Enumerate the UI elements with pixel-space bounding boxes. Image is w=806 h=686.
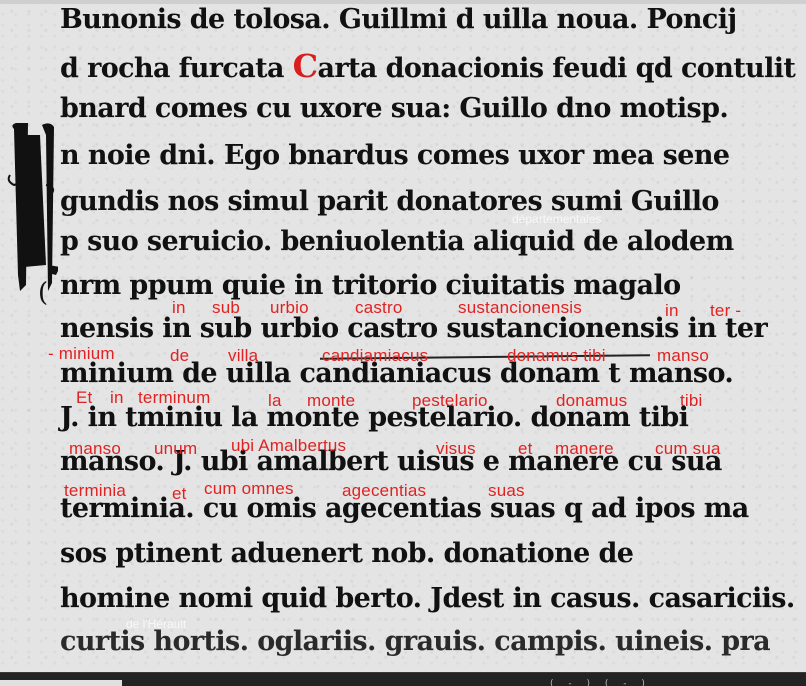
document-viewer: ( Bunonis de tolosa. Guillmi d uilla nou… [0, 0, 806, 686]
watermark-text: de l'Hérault [126, 617, 186, 631]
annotation-word: in [172, 299, 186, 316]
annotation-word: visus [436, 440, 476, 457]
annotation-word: castro [355, 299, 403, 316]
annotation-word: donamus tibi [507, 347, 606, 364]
decorated-initial-icon [6, 115, 58, 293]
annotation-word: - minium [48, 345, 115, 362]
watermark-text: départementales [512, 212, 601, 226]
annotation-word: unum [154, 440, 197, 457]
annotation-word: monte [307, 392, 355, 409]
annotation-word: suas [488, 482, 525, 499]
annotation-word: agecentias [342, 482, 426, 499]
manuscript-line-1: Bunonis de tolosa. Guillmi d uilla noua.… [60, 6, 737, 33]
annotation-word: sustancionensis [458, 299, 582, 316]
annotation-word: manere [555, 440, 614, 457]
manuscript-line-13: sos ptinent aduenert nob. donatione de [60, 540, 633, 567]
manuscript-line-5: gundis nos simul parit donatores sumi Gu… [60, 188, 719, 215]
annotation-word: Et [76, 389, 92, 406]
manuscript-line-6: p suo seruicio. beniuolentia aliquid de … [60, 228, 734, 255]
annotation-word: cum sua [655, 440, 721, 457]
manuscript-line-14: homine nomi quid berto. Jdest in casus. … [60, 585, 795, 612]
annotation-word: tibi [680, 392, 703, 409]
manuscript-line-2-pre: d rocha furcata [60, 53, 293, 84]
annotation-word: terminia [64, 482, 126, 499]
annotation-word: ter - [710, 302, 741, 319]
zoom-controls[interactable]: ( - ) ( - ) [550, 679, 651, 686]
manuscript-line-8: nensis in sub urbio castro sustancionens… [60, 315, 767, 342]
annotation-word: et [172, 485, 187, 502]
manuscript-line-2-post: arta donacionis feudi qd contulit [318, 53, 796, 84]
margin-bracket: ( [38, 278, 48, 308]
annotation-word: pestelario [412, 392, 488, 409]
manuscript-page: ( Bunonis de tolosa. Guillmi d uilla nou… [0, 0, 806, 672]
annotation-word: terminum [138, 389, 210, 406]
annotation-word: et [518, 440, 533, 457]
manuscript-line-3: bnard comes cu uxore sua: Guillo dno mot… [60, 95, 728, 122]
annotation-word: donamus [556, 392, 627, 409]
manuscript-line-4: n noie dni. Ego bnardus comes uxor mea s… [60, 142, 729, 169]
annotation-word: villa [228, 347, 258, 364]
manuscript-line-7: nrm ppum quie in tritorio ciuitatis maga… [60, 272, 681, 299]
annotation-word: sub [212, 299, 240, 316]
thumbnail-strip[interactable] [0, 680, 122, 686]
annotation-word: in [110, 389, 124, 406]
manuscript-line-15: curtis hortis. oglariis. grauis. campis.… [60, 628, 770, 655]
manuscript-line-2: d rocha furcata Carta donacionis feudi q… [60, 50, 795, 82]
annotation-word: cum omnes [204, 480, 294, 497]
annotation-word: candiamiacus [322, 347, 428, 364]
annotation-word: urbio [270, 299, 309, 316]
annotation-word: manso [657, 347, 709, 364]
rubric-capital: C [293, 47, 318, 85]
annotation-word: manso [69, 440, 121, 457]
annotation-word: la [268, 392, 282, 409]
annotation-word: de [170, 347, 189, 364]
annotation-word: ubi Amalbertus [231, 437, 346, 454]
annotation-word: in [665, 302, 679, 319]
